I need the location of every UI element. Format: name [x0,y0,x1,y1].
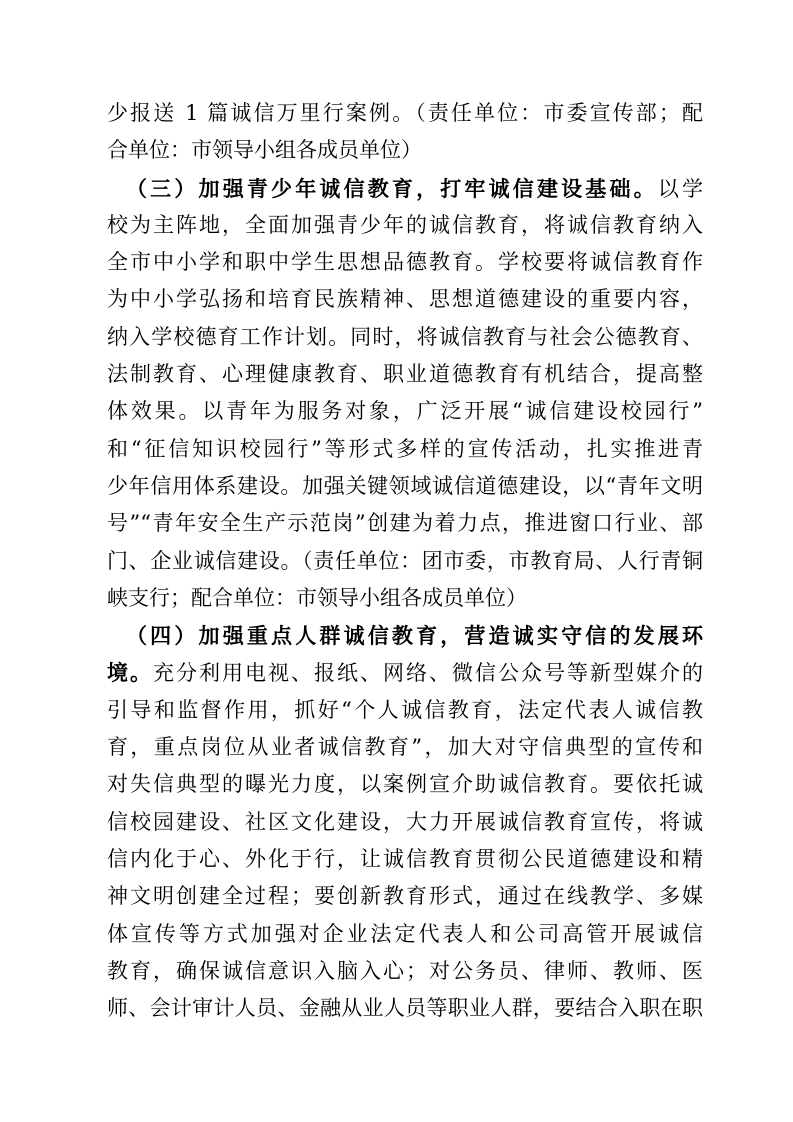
text-line: 法制教育、心理健康教育、职业道德教育有机结合，提高整 [107,356,703,393]
text-line: 对失信典型的曝光力度，以案例宣介助诚信教育。要依托诚 [107,766,703,803]
text-line: 为中小学弘扬和培育民族精神、思想道德建设的重要内容， [107,281,703,318]
text-segment: 育，重点岗位从业者诚信教育”，加大对守信典型的宣传和 [107,735,703,759]
text-line: 育，重点岗位从业者诚信教育”，加大对守信典型的宣传和 [107,729,703,766]
text-line: 体宣传等方式加强对企业法定代表人和公司高管开展诚信 [107,916,703,953]
text-line: 号”“青年安全生产示范岗”创建为着力点，推进窗口行业、部 [107,505,703,542]
document-page: 少报送 1 篇诚信万里行案例。（责任单位：市委宣传部；配合单位：市领导小组各成员… [0,0,793,1122]
text-segment: 少年信用体系建设。加强关键领域诚信道德建设，以“青年文明 [107,474,703,498]
text-segment: 体宣传等方式加强对企业法定代表人和公司高管开展诚信 [107,922,703,946]
bold-text-segment: （四）加强重点人群诚信教育，营造诚实守信的发展环 [126,623,703,648]
text-line: （四）加强重点人群诚信教育，营造诚实守信的发展环 [107,617,703,654]
text-segment: 以学 [658,177,703,201]
text-line: 峡支行；配合单位：市领导小组各成员单位） [107,580,703,617]
text-segment: 号”“青年安全生产示范岗”创建为着力点，推进窗口行业、部 [107,511,703,535]
text-line: 校为主阵地，全面加强青少年的诚信教育，将诚信教育纳入 [107,207,703,244]
text-segment: 和“征信知识校园行”等形式多样的宣传活动，扎实推进青 [107,437,703,461]
text-line: 合单位：市领导小组各成员单位） [107,132,703,169]
text-segment: 信内化于心、外化于行，让诚信教育贯彻公民道德建设和精 [107,847,703,871]
text-segment: 峡支行；配合单位：市领导小组各成员单位） [107,586,527,610]
text-line: 和“征信知识校园行”等形式多样的宣传活动，扎实推进青 [107,431,703,468]
text-segment: 校为主阵地，全面加强青少年的诚信教育，将诚信教育纳入 [107,213,703,237]
text-segment: 少报送 1 篇诚信万里行案例。（责任单位：市委宣传部；配 [107,101,703,125]
text-segment: 体效果。以青年为服务对象，广泛开展“诚信建设校园行” [107,399,703,423]
text-line: 少年信用体系建设。加强关键领域诚信道德建设，以“青年文明 [107,468,703,505]
text-line: 师、会计审计人员、金融从业人员等职业人群，要结合入职在职 [107,990,703,1027]
text-segment: 师、会计审计人员、金融从业人员等职业人群，要结合入职在职 [107,996,703,1020]
text-segment: 法制教育、心理健康教育、职业道德教育有机结合，提高整 [107,362,703,386]
text-line: 神文明创建全过程；要创新教育形式，通过在线教学、多媒 [107,878,703,915]
text-line: 教育，确保诚信意识入脑入心；对公务员、律师、教师、医 [107,953,703,990]
text-line: 全市中小学和职中学生思想品德教育。学校要将诚信教育作 [107,244,703,281]
text-line: （三）加强青少年诚信教育，打牢诚信建设基础。以学 [107,170,703,207]
text-segment: 引导和监督作用，抓好“个人诚信教育，法定代表人诚信教 [107,698,703,722]
text-line: 境。充分利用电视、报纸、网络、微信公众号等新型媒介的 [107,654,703,691]
text-line: 信内化于心、外化于行，让诚信教育贯彻公民道德建设和精 [107,841,703,878]
text-segment: 信校园建设、社区文化建设，大力开展诚信教育宣传，将诚 [107,810,703,834]
text-segment: 合单位：市领导小组各成员单位） [107,138,422,162]
text-segment: 全市中小学和职中学生思想品德教育。学校要将诚信教育作 [107,250,703,274]
text-segment: 教育，确保诚信意识入脑入心；对公务员、律师、教师、医 [107,959,703,983]
text-line: 纳入学校德育工作计划。同时，将诚信教育与社会公德教育、 [107,319,703,356]
bold-text-segment: （三）加强青少年诚信教育，打牢诚信建设基础。 [126,176,658,201]
text-segment: 充分利用电视、报纸、网络、微信公众号等新型媒介的 [153,661,703,685]
document-body: 少报送 1 篇诚信万里行案例。（责任单位：市委宣传部；配合单位：市领导小组各成员… [107,95,703,1027]
text-line: 信校园建设、社区文化建设，大力开展诚信教育宣传，将诚 [107,804,703,841]
bold-text-segment: 境。 [107,660,153,685]
text-line: 体效果。以青年为服务对象，广泛开展“诚信建设校园行” [107,393,703,430]
text-line: 门、企业诚信建设。（责任单位：团市委，市教育局、人行青铜 [107,543,703,580]
text-segment: 神文明创建全过程；要创新教育形式，通过在线教学、多媒 [107,884,703,908]
text-segment: 为中小学弘扬和培育民族精神、思想道德建设的重要内容， [107,287,703,311]
text-segment: 门、企业诚信建设。（责任单位：团市委，市教育局、人行青铜 [107,549,703,573]
text-line: 引导和监督作用，抓好“个人诚信教育，法定代表人诚信教 [107,692,703,729]
text-line: 少报送 1 篇诚信万里行案例。（责任单位：市委宣传部；配 [107,95,703,132]
text-segment: 纳入学校德育工作计划。同时，将诚信教育与社会公德教育、 [107,325,703,349]
text-segment: 对失信典型的曝光力度，以案例宣介助诚信教育。要依托诚 [107,772,703,796]
